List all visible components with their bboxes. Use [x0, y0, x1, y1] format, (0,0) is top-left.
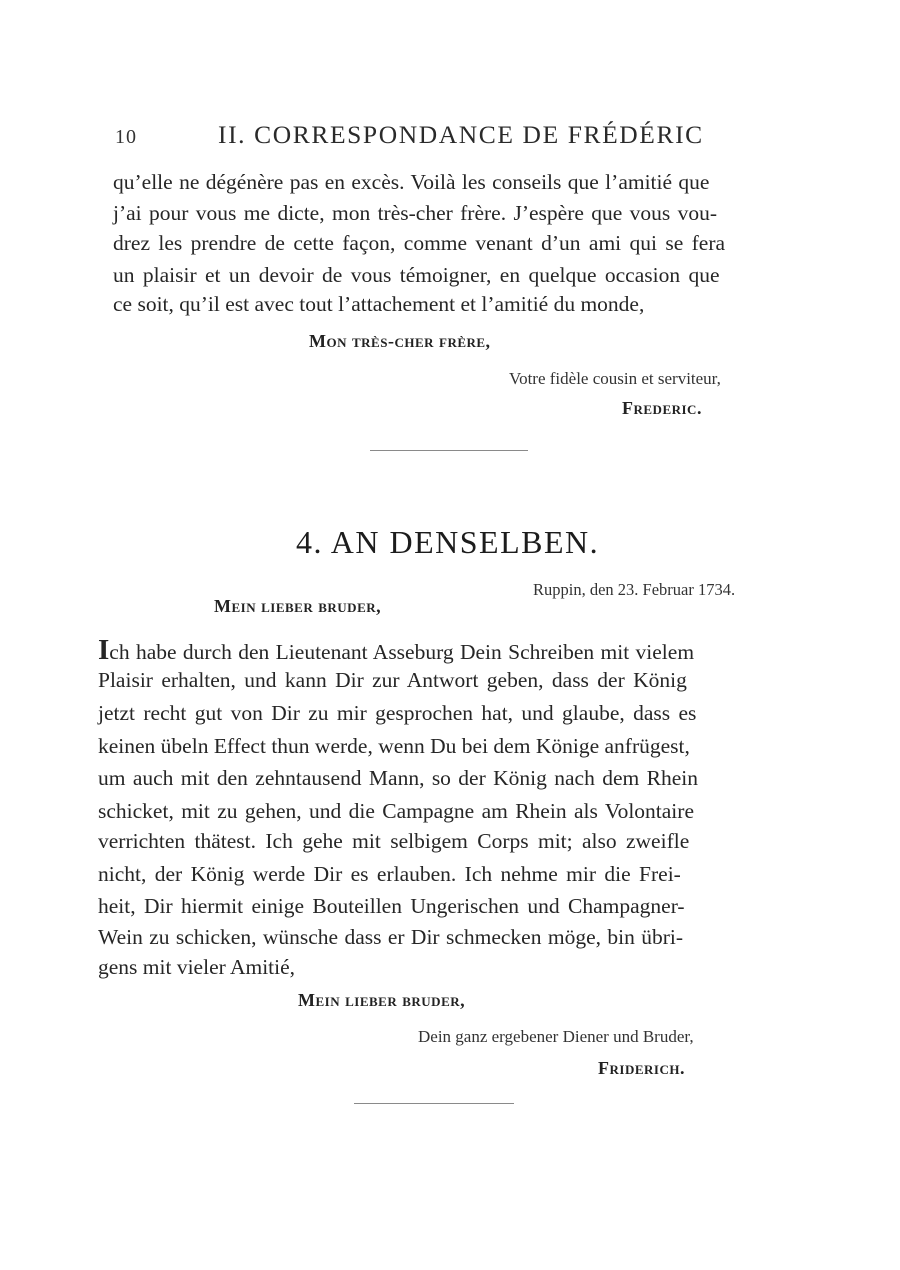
text-line: Ich habe durch den Lieutenant Asseburg D…	[98, 634, 694, 667]
section-divider	[370, 450, 528, 451]
text-line: nicht, der König werde Dir es erlauben. …	[98, 862, 681, 887]
dateline: Ruppin, den 23. Februar 1734.	[533, 580, 735, 600]
text-line: heit, Dir hiermit einige Bouteillen Unge…	[98, 894, 685, 919]
drop-cap: I	[98, 634, 109, 666]
running-head: II. CORRESPONDANCE DE FRÉDÉRIC	[218, 120, 704, 150]
closing-formula: Votre fidèle cousin et serviteur,	[509, 369, 721, 389]
text-line: gens mit vieler Amitié,	[98, 955, 295, 980]
salutation: Mon très-cher frère,	[309, 331, 491, 352]
text-line: Plaisir erhalten, und kann Dir zur Antwo…	[98, 668, 687, 693]
text-line: verrichten thätest. Ich gehe mit selbige…	[98, 829, 689, 854]
letter-title: 4. AN DENSELBEN.	[296, 524, 599, 561]
text-line: um auch mit den zehntausend Mann, so der…	[98, 766, 698, 791]
text-line: drez les prendre de cette façon, comme v…	[113, 231, 725, 256]
signature: Friderich.	[598, 1058, 685, 1079]
salutation: Mein lieber bruder,	[214, 596, 381, 617]
text-line: Wein zu schicken, wünsche dass er Dir sc…	[98, 925, 683, 950]
signature: Frederic.	[622, 398, 702, 419]
text-line: schicket, mit zu gehen, und die Campagne…	[98, 799, 694, 824]
text-line: qu’elle ne dégénère pas en excès. Voilà …	[113, 170, 709, 195]
text-line: ce soit, qu’il est avec tout l’attacheme…	[113, 292, 644, 317]
closing-salutation: Mein lieber bruder,	[298, 990, 465, 1011]
text-line: un plaisir et un devoir de vous témoigne…	[113, 263, 720, 288]
section-divider	[354, 1103, 514, 1104]
text-line: keinen übeln Effect thun werde, wenn Du …	[98, 734, 690, 759]
text-line: jetzt recht gut von Dir zu mir gesproche…	[98, 701, 696, 726]
page-number: 10	[115, 126, 137, 149]
text-line: j’ai pour vous me dicte, mon très-cher f…	[113, 201, 717, 226]
closing-formula: Dein ganz ergebener Diener und Bruder,	[418, 1027, 694, 1047]
